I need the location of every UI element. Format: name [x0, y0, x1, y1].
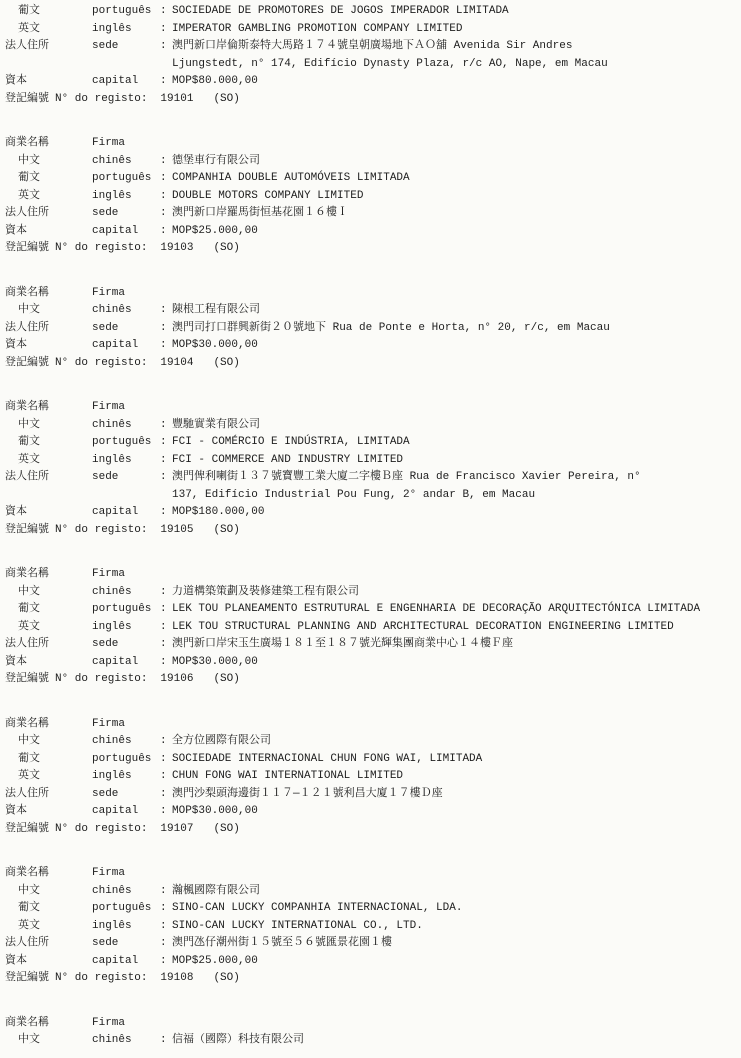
- value-line: :SINO-CAN LUCKY COMPANHIA INTERNACIONAL,…: [160, 900, 737, 918]
- registry-label-zh: 登記編號: [5, 821, 49, 839]
- colon-separator: :: [160, 883, 172, 901]
- field-label-pt: chinês: [92, 302, 160, 320]
- value-text: MOP$25.000,00: [172, 955, 258, 967]
- field-row: 英文inglês:IMPERATOR GAMBLING PROMOTION CO…: [5, 21, 737, 39]
- field-value: :瀚楓國際有限公司: [160, 883, 737, 901]
- registry-number: 19106: [160, 671, 193, 689]
- value-line: :德堡車行有限公司: [160, 153, 737, 171]
- registry-row: 登記編號N° do registo:19101(SO): [5, 91, 737, 109]
- value-text: 德堡車行有限公司: [172, 155, 260, 167]
- field-row: 資本capital:MOP$30.000,00: [5, 654, 737, 672]
- field-label-zh: 中文: [5, 1032, 92, 1050]
- colon-separator: :: [160, 434, 172, 452]
- field-label-pt: Firma: [92, 399, 160, 417]
- field-value: :MOP$180.000,00: [160, 504, 737, 522]
- value-line: :MOP$25.000,00: [160, 953, 737, 971]
- field-value: :MOP$30.000,00: [160, 337, 737, 355]
- colon-separator: :: [160, 733, 172, 751]
- value-line: :LEK TOU STRUCTURAL PLANNING AND ARCHITE…: [160, 619, 737, 637]
- field-value: :SINO-CAN LUCKY INTERNATIONAL CO., LTD.: [160, 918, 737, 936]
- field-label-zh: 英文: [5, 619, 92, 637]
- field-label-zh: 葡文: [5, 751, 92, 769]
- colon-separator: :: [160, 188, 172, 206]
- value-text: IMPERATOR GAMBLING PROMOTION COMPANY LIM…: [172, 23, 462, 35]
- value-line: 137, Edifício Industrial Pou Fung, 2° an…: [160, 487, 737, 505]
- field-label-pt: capital: [92, 803, 160, 821]
- field-value: :全方位國際有限公司: [160, 733, 737, 751]
- colon-separator: :: [160, 918, 172, 936]
- field-value: :DOUBLE MOTORS COMPANY LIMITED: [160, 188, 737, 206]
- field-label-pt: português: [92, 3, 160, 21]
- field-label-pt: português: [92, 434, 160, 452]
- registry-label-pt: N° do registo:: [55, 522, 147, 540]
- value-text: 澳門氹仔潮州街１５號至５６號匯景花園１樓: [172, 937, 392, 949]
- value-text: 陳根工程有限公司: [172, 304, 260, 316]
- field-label-zh: 商業名稱: [5, 1015, 92, 1033]
- value-text: SOCIEDADE INTERNACIONAL CHUN FONG WAI, L…: [172, 753, 482, 765]
- field-row: 葡文português:FCI - COMÉRCIO E INDÚSTRIA, …: [5, 434, 737, 452]
- field-label-zh: 法人住所: [5, 320, 92, 338]
- field-value: :IMPERATOR GAMBLING PROMOTION COMPANY LI…: [160, 21, 737, 39]
- firm-header-row: 商業名稱Firma: [5, 566, 737, 584]
- field-value: :信福（國際）科技有限公司: [160, 1032, 737, 1050]
- value-line: :澳門新口岸宋玉生廣場１８１至１８７號光輝集團商業中心１４樓Ｆ座: [160, 636, 737, 654]
- firm-header-row: 商業名稱Firma: [5, 135, 737, 153]
- field-label-pt: capital: [92, 953, 160, 971]
- field-label-pt: Firma: [92, 285, 160, 303]
- field-label-zh: 葡文: [5, 170, 92, 188]
- field-label-pt: chinês: [92, 1032, 160, 1050]
- value-text: 澳門沙梨頭海邊街１１７—１２１號利昌大廈１７樓Ｄ座: [172, 788, 443, 800]
- value-line: :FCI - COMÉRCIO E INDÚSTRIA, LIMITADA: [160, 434, 737, 452]
- field-row: 葡文português:SOCIEDADE DE PROMOTORES DE J…: [5, 3, 737, 21]
- field-label-zh: 英文: [5, 768, 92, 786]
- value-text: 澳門俾利喇街１３７號寶豐工業大廈二字樓Ｂ座 Rua de Francisco X…: [172, 471, 641, 483]
- field-label-pt: português: [92, 900, 160, 918]
- field-label-zh: 商業名稱: [5, 566, 92, 584]
- registry-suffix: (SO): [213, 91, 239, 109]
- field-row: 資本capital:MOP$30.000,00: [5, 337, 737, 355]
- registry-gazette-page: 葡文português:SOCIEDADE DE PROMOTORES DE J…: [0, 0, 741, 1050]
- field-value: :陳根工程有限公司: [160, 302, 737, 320]
- value-line: :MOP$30.000,00: [160, 337, 737, 355]
- registry-label-zh: 登記編號: [5, 240, 49, 258]
- field-label-pt: inglês: [92, 619, 160, 637]
- registry-label-zh: 登記編號: [5, 91, 49, 109]
- value-line: :CHUN FONG WAI INTERNATIONAL LIMITED: [160, 768, 737, 786]
- field-label-pt: sede: [92, 786, 160, 804]
- field-row: 葡文português:LEK TOU PLANEAMENTO ESTRUTUR…: [5, 601, 737, 619]
- field-label-pt: chinês: [92, 417, 160, 435]
- value-text: MOP$30.000,00: [172, 339, 258, 351]
- field-value: :MOP$80.000,00: [160, 73, 737, 91]
- field-value: :SINO-CAN LUCKY COMPANHIA INTERNACIONAL,…: [160, 900, 737, 918]
- field-label-pt: sede: [92, 636, 160, 654]
- field-label-zh: 資本: [5, 953, 92, 971]
- field-value: :澳門沙梨頭海邊街１１７—１２１號利昌大廈１７樓Ｄ座: [160, 786, 737, 804]
- field-label-pt: português: [92, 751, 160, 769]
- colon-separator: :: [160, 768, 172, 786]
- field-value: :澳門新口岸羅馬街恒基花園１６樓Ｉ: [160, 205, 737, 223]
- colon-separator: :: [160, 935, 172, 953]
- value-line: :SOCIEDADE DE PROMOTORES DE JOGOS IMPERA…: [160, 3, 737, 21]
- registry-suffix: (SO): [213, 970, 239, 988]
- field-value: :LEK TOU STRUCTURAL PLANNING AND ARCHITE…: [160, 619, 737, 637]
- colon-separator: :: [160, 636, 172, 654]
- colon-separator: :: [160, 619, 172, 637]
- colon-separator: :: [160, 223, 172, 241]
- value-text: SINO-CAN LUCKY INTERNATIONAL CO., LTD.: [172, 920, 423, 932]
- field-label-pt: capital: [92, 223, 160, 241]
- colon-separator: :: [160, 21, 172, 39]
- field-value: :澳門新口岸倫斯泰特大馬路１７４號皇朝廣場地下ＡＯ舖 Avenida Sir A…: [160, 38, 737, 73]
- value-line: :MOP$30.000,00: [160, 654, 737, 672]
- field-value: :FCI - COMMERCE AND INDUSTRY LIMITED: [160, 452, 737, 470]
- field-label-zh: 中文: [5, 302, 92, 320]
- colon-separator: :: [160, 469, 172, 487]
- field-label-pt: chinês: [92, 733, 160, 751]
- value-text: MOP$30.000,00: [172, 656, 258, 668]
- value-line: :MOP$180.000,00: [160, 504, 737, 522]
- field-label-pt: português: [92, 601, 160, 619]
- registry-number: 19104: [160, 355, 193, 373]
- field-value: :豐馳實業有限公司: [160, 417, 737, 435]
- colon-separator: :: [160, 417, 172, 435]
- value-line: :澳門沙梨頭海邊街１１７—１２１號利昌大廈１７樓Ｄ座: [160, 786, 737, 804]
- colon-separator: :: [160, 786, 172, 804]
- value-text: 澳門新口岸宋玉生廣場１８１至１８７號光輝集團商業中心１４樓Ｆ座: [172, 638, 513, 650]
- value-line: :DOUBLE MOTORS COMPANY LIMITED: [160, 188, 737, 206]
- registry-label-zh: 登記編號: [5, 355, 49, 373]
- field-row: 中文chinês:力道構築策劃及裝修建築工程有限公司: [5, 584, 737, 602]
- field-label-pt: inglês: [92, 188, 160, 206]
- firm-header-row: 商業名稱Firma: [5, 716, 737, 734]
- field-value: :CHUN FONG WAI INTERNATIONAL LIMITED: [160, 768, 737, 786]
- value-text: 澳門新口岸羅馬街恒基花園１６樓Ｉ: [172, 207, 348, 219]
- firm-header-row: 商業名稱Firma: [5, 399, 737, 417]
- value-line: :全方位國際有限公司: [160, 733, 737, 751]
- registry-number: 19101: [160, 91, 193, 109]
- value-text: MOP$180.000,00: [172, 506, 264, 518]
- field-label-zh: 英文: [5, 918, 92, 936]
- registry-row: 登記編號N° do registo:19108(SO): [5, 970, 737, 988]
- value-text: FCI - COMÉRCIO E INDÚSTRIA, LIMITADA: [172, 436, 410, 448]
- field-label-pt: Firma: [92, 135, 160, 153]
- field-row: 資本capital:MOP$25.000,00: [5, 223, 737, 241]
- firm-header-row: 商業名稱Firma: [5, 1015, 737, 1033]
- registry-row: 登記編號N° do registo:19107(SO): [5, 821, 737, 839]
- registry-row: 登記編號N° do registo:19104(SO): [5, 355, 737, 373]
- field-value: :澳門司打口群興新街２０號地下 Rua de Ponte e Horta, n°…: [160, 320, 737, 338]
- field-label-pt: Firma: [92, 1015, 160, 1033]
- registry-label-zh: 登記編號: [5, 970, 49, 988]
- field-value: :MOP$25.000,00: [160, 223, 737, 241]
- field-label-pt: português: [92, 170, 160, 188]
- field-label-zh: 葡文: [5, 434, 92, 452]
- field-label-pt: Firma: [92, 566, 160, 584]
- field-row: 英文inglês:DOUBLE MOTORS COMPANY LIMITED: [5, 188, 737, 206]
- field-row: 英文inglês:LEK TOU STRUCTURAL PLANNING AND…: [5, 619, 737, 637]
- field-row: 中文chinês:陳根工程有限公司: [5, 302, 737, 320]
- value-text: 137, Edifício Industrial Pou Fung, 2° an…: [172, 489, 535, 501]
- field-row: 法人住所sede:澳門司打口群興新街２０號地下 Rua de Ponte e H…: [5, 320, 737, 338]
- value-text: DOUBLE MOTORS COMPANY LIMITED: [172, 190, 363, 202]
- company-entry: 商業名稱Firma中文chinês:信福（國際）科技有限公司: [5, 1015, 737, 1050]
- value-line: :豐馳實業有限公司: [160, 417, 737, 435]
- value-text: 全方位國際有限公司: [172, 735, 271, 747]
- value-line: :IMPERATOR GAMBLING PROMOTION COMPANY LI…: [160, 21, 737, 39]
- field-value: :FCI - COMÉRCIO E INDÚSTRIA, LIMITADA: [160, 434, 737, 452]
- field-label-pt: sede: [92, 205, 160, 223]
- colon-separator: :: [160, 38, 172, 56]
- value-line: :MOP$30.000,00: [160, 803, 737, 821]
- field-row: 中文chinês:德堡車行有限公司: [5, 153, 737, 171]
- registry-number: 19108: [160, 970, 193, 988]
- field-label-zh: 商業名稱: [5, 285, 92, 303]
- field-label-pt: chinês: [92, 153, 160, 171]
- field-label-pt: sede: [92, 38, 160, 56]
- field-row: 中文chinês:瀚楓國際有限公司: [5, 883, 737, 901]
- value-line: :MOP$80.000,00: [160, 73, 737, 91]
- value-text: Ljungstedt, n° 174, Edifício Dynasty Pla…: [172, 58, 608, 70]
- field-label-pt: chinês: [92, 883, 160, 901]
- field-label-zh: 商業名稱: [5, 865, 92, 883]
- value-text: 澳門新口岸倫斯泰特大馬路１７４號皇朝廣場地下ＡＯ舖 Avenida Sir An…: [172, 40, 572, 52]
- value-text: COMPANHIA DOUBLE AUTOMÓVEIS LIMITADA: [172, 172, 410, 184]
- registry-suffix: (SO): [213, 821, 239, 839]
- field-label-pt: sede: [92, 469, 160, 487]
- field-label-zh: 英文: [5, 452, 92, 470]
- colon-separator: :: [160, 3, 172, 21]
- colon-separator: :: [160, 654, 172, 672]
- field-label-pt: Firma: [92, 865, 160, 883]
- field-row: 法人住所sede:澳門新口岸倫斯泰特大馬路１７４號皇朝廣場地下ＡＯ舖 Aveni…: [5, 38, 737, 73]
- value-text: 瀚楓國際有限公司: [172, 885, 260, 897]
- registry-row: 登記編號N° do registo:19105(SO): [5, 522, 737, 540]
- field-row: 葡文português:COMPANHIA DOUBLE AUTOMÓVEIS …: [5, 170, 737, 188]
- colon-separator: :: [160, 205, 172, 223]
- field-label-zh: 資本: [5, 337, 92, 355]
- company-entries-list: 葡文português:SOCIEDADE DE PROMOTORES DE J…: [5, 3, 737, 1050]
- field-row: 法人住所sede:澳門氹仔潮州街１５號至５６號匯景花園１樓: [5, 935, 737, 953]
- field-label-zh: 英文: [5, 188, 92, 206]
- field-row: 中文chinês:豐馳實業有限公司: [5, 417, 737, 435]
- registry-label-zh: 登記編號: [5, 671, 49, 689]
- value-text: SOCIEDADE DE PROMOTORES DE JOGOS IMPERAD…: [172, 5, 509, 17]
- colon-separator: :: [160, 953, 172, 971]
- field-label-pt: inglês: [92, 452, 160, 470]
- value-line: :COMPANHIA DOUBLE AUTOMÓVEIS LIMITADA: [160, 170, 737, 188]
- registry-label-zh: 登記編號: [5, 522, 49, 540]
- field-label-zh: 中文: [5, 883, 92, 901]
- field-row: 資本capital:MOP$80.000,00: [5, 73, 737, 91]
- value-text: 信福（國際）科技有限公司: [172, 1034, 304, 1046]
- registry-number: 19105: [160, 522, 193, 540]
- field-value: :澳門氹仔潮州街１５號至５６號匯景花園１樓: [160, 935, 737, 953]
- field-row: 葡文português:SOCIEDADE INTERNACIONAL CHUN…: [5, 751, 737, 769]
- colon-separator: :: [160, 504, 172, 522]
- colon-separator: :: [160, 584, 172, 602]
- field-value: :澳門俾利喇街１３７號寶豐工業大廈二字樓Ｂ座 Rua de Francisco …: [160, 469, 737, 504]
- field-label-zh: 資本: [5, 73, 92, 91]
- value-line: Ljungstedt, n° 174, Edifício Dynasty Pla…: [160, 56, 737, 74]
- field-value: :SOCIEDADE DE PROMOTORES DE JOGOS IMPERA…: [160, 3, 737, 21]
- value-text: SINO-CAN LUCKY COMPANHIA INTERNACIONAL, …: [172, 902, 462, 914]
- value-line: :澳門新口岸羅馬街恒基花園１６樓Ｉ: [160, 205, 737, 223]
- value-line: :澳門俾利喇街１３７號寶豐工業大廈二字樓Ｂ座 Rua de Francisco …: [160, 469, 737, 487]
- field-label-zh: 葡文: [5, 900, 92, 918]
- field-row: 葡文português:SINO-CAN LUCKY COMPANHIA INT…: [5, 900, 737, 918]
- registry-suffix: (SO): [213, 240, 239, 258]
- value-text: MOP$25.000,00: [172, 225, 258, 237]
- value-text: FCI - COMMERCE AND INDUSTRY LIMITED: [172, 454, 403, 466]
- field-row: 英文inglês:SINO-CAN LUCKY INTERNATIONAL CO…: [5, 918, 737, 936]
- value-text: LEK TOU PLANEAMENTO ESTRUTURAL E ENGENHA…: [172, 603, 700, 615]
- field-label-zh: 中文: [5, 584, 92, 602]
- field-row: 資本capital:MOP$180.000,00: [5, 504, 737, 522]
- field-row: 法人住所sede:澳門新口岸羅馬街恒基花園１６樓Ｉ: [5, 205, 737, 223]
- field-label-zh: 中文: [5, 153, 92, 171]
- colon-separator: :: [160, 1032, 172, 1050]
- field-label-pt: inglês: [92, 768, 160, 786]
- company-entry: 商業名稱Firma中文chinês:豐馳實業有限公司葡文português:FC…: [5, 399, 737, 539]
- colon-separator: :: [160, 601, 172, 619]
- field-label-zh: 資本: [5, 504, 92, 522]
- field-label-zh: 資本: [5, 654, 92, 672]
- field-row: 法人住所sede:澳門新口岸宋玉生廣場１８１至１８７號光輝集團商業中心１４樓Ｆ座: [5, 636, 737, 654]
- value-line: :MOP$25.000,00: [160, 223, 737, 241]
- registry-number: 19103: [160, 240, 193, 258]
- firm-header-row: 商業名稱Firma: [5, 865, 737, 883]
- field-label-pt: capital: [92, 73, 160, 91]
- value-line: :力道構築策劃及裝修建築工程有限公司: [160, 584, 737, 602]
- field-label-zh: 中文: [5, 733, 92, 751]
- value-line: :澳門新口岸倫斯泰特大馬路１７４號皇朝廣場地下ＡＯ舖 Avenida Sir A…: [160, 38, 737, 56]
- value-text: 力道構築策劃及裝修建築工程有限公司: [172, 586, 359, 598]
- value-line: :LEK TOU PLANEAMENTO ESTRUTURAL E ENGENH…: [160, 601, 737, 619]
- colon-separator: :: [160, 900, 172, 918]
- value-line: :SINO-CAN LUCKY INTERNATIONAL CO., LTD.: [160, 918, 737, 936]
- registry-label-pt: N° do registo:: [55, 355, 147, 373]
- value-line: :瀚楓國際有限公司: [160, 883, 737, 901]
- value-line: :澳門司打口群興新街２０號地下 Rua de Ponte e Horta, n°…: [160, 320, 737, 338]
- registry-label-pt: N° do registo:: [55, 671, 147, 689]
- field-label-zh: 葡文: [5, 601, 92, 619]
- field-label-pt: sede: [92, 320, 160, 338]
- field-value: :力道構築策劃及裝修建築工程有限公司: [160, 584, 737, 602]
- field-row: 中文chinês:全方位國際有限公司: [5, 733, 737, 751]
- field-label-zh: 法人住所: [5, 469, 92, 487]
- company-entry: 商業名稱Firma中文chinês:德堡車行有限公司葡文português:CO…: [5, 135, 737, 258]
- company-entry: 商業名稱Firma中文chinês:瀚楓國際有限公司葡文português:SI…: [5, 865, 737, 988]
- field-row: 資本capital:MOP$25.000,00: [5, 953, 737, 971]
- registry-label-pt: N° do registo:: [55, 240, 147, 258]
- field-row: 法人住所sede:澳門俾利喇街１３７號寶豐工業大廈二字樓Ｂ座 Rua de Fr…: [5, 469, 737, 504]
- field-value: :MOP$30.000,00: [160, 803, 737, 821]
- field-value: :LEK TOU PLANEAMENTO ESTRUTURAL E ENGENH…: [160, 601, 737, 619]
- company-entry: 商業名稱Firma中文chinês:全方位國際有限公司葡文português:S…: [5, 716, 737, 839]
- company-entry: 商業名稱Firma中文chinês:力道構築策劃及裝修建築工程有限公司葡文por…: [5, 566, 737, 689]
- value-line: :澳門氹仔潮州街１５號至５６號匯景花園１樓: [160, 935, 737, 953]
- colon-separator: :: [160, 170, 172, 188]
- field-label-zh: 法人住所: [5, 935, 92, 953]
- field-label-pt: capital: [92, 337, 160, 355]
- field-label-zh: 法人住所: [5, 636, 92, 654]
- value-text: MOP$80.000,00: [172, 75, 258, 87]
- field-label-zh: 英文: [5, 21, 92, 39]
- colon-separator: :: [160, 153, 172, 171]
- field-label-zh: 商業名稱: [5, 399, 92, 417]
- colon-separator: :: [160, 803, 172, 821]
- value-line: :陳根工程有限公司: [160, 302, 737, 320]
- registry-suffix: (SO): [213, 671, 239, 689]
- registry-number: 19107: [160, 821, 193, 839]
- field-label-pt: capital: [92, 654, 160, 672]
- field-value: :COMPANHIA DOUBLE AUTOMÓVEIS LIMITADA: [160, 170, 737, 188]
- field-value: :MOP$30.000,00: [160, 654, 737, 672]
- value-text: CHUN FONG WAI INTERNATIONAL LIMITED: [172, 770, 403, 782]
- value-text: MOP$30.000,00: [172, 805, 258, 817]
- field-label-pt: inglês: [92, 21, 160, 39]
- field-label-pt: inglês: [92, 918, 160, 936]
- colon-separator: :: [160, 337, 172, 355]
- field-label-zh: 法人住所: [5, 205, 92, 223]
- colon-separator: :: [160, 320, 172, 338]
- value-text: LEK TOU STRUCTURAL PLANNING AND ARCHITEC…: [172, 621, 674, 633]
- field-label-zh: 商業名稱: [5, 135, 92, 153]
- colon-separator: :: [160, 751, 172, 769]
- registry-label-pt: N° do registo:: [55, 970, 147, 988]
- value-line: :FCI - COMMERCE AND INDUSTRY LIMITED: [160, 452, 737, 470]
- registry-label-pt: N° do registo:: [55, 91, 147, 109]
- colon-separator: :: [160, 452, 172, 470]
- field-label-zh: 法人住所: [5, 38, 92, 56]
- field-value: :澳門新口岸宋玉生廣場１８１至１８７號光輝集團商業中心１４樓Ｆ座: [160, 636, 737, 654]
- field-label-zh: 法人住所: [5, 786, 92, 804]
- registry-row: 登記編號N° do registo:19106(SO): [5, 671, 737, 689]
- registry-suffix: (SO): [213, 355, 239, 373]
- value-text: 豐馳實業有限公司: [172, 419, 260, 431]
- field-value: :MOP$25.000,00: [160, 953, 737, 971]
- registry-suffix: (SO): [213, 522, 239, 540]
- colon-separator: :: [160, 73, 172, 91]
- field-label-zh: 資本: [5, 223, 92, 241]
- company-entry: 商業名稱Firma中文chinês:陳根工程有限公司法人住所sede:澳門司打口…: [5, 285, 737, 373]
- value-line: :信福（國際）科技有限公司: [160, 1032, 737, 1050]
- registry-row: 登記編號N° do registo:19103(SO): [5, 240, 737, 258]
- field-row: 英文inglês:CHUN FONG WAI INTERNATIONAL LIM…: [5, 768, 737, 786]
- company-entry: 葡文português:SOCIEDADE DE PROMOTORES DE J…: [5, 3, 737, 108]
- field-row: 資本capital:MOP$30.000,00: [5, 803, 737, 821]
- field-value: :德堡車行有限公司: [160, 153, 737, 171]
- field-value: :SOCIEDADE INTERNACIONAL CHUN FONG WAI, …: [160, 751, 737, 769]
- field-label-zh: 中文: [5, 417, 92, 435]
- field-row: 法人住所sede:澳門沙梨頭海邊街１１７—１２１號利昌大廈１７樓Ｄ座: [5, 786, 737, 804]
- field-label-zh: 商業名稱: [5, 716, 92, 734]
- field-row: 英文inglês:FCI - COMMERCE AND INDUSTRY LIM…: [5, 452, 737, 470]
- value-line: :SOCIEDADE INTERNACIONAL CHUN FONG WAI, …: [160, 751, 737, 769]
- field-label-zh: 資本: [5, 803, 92, 821]
- registry-label-pt: N° do registo:: [55, 821, 147, 839]
- field-row: 中文chinês:信福（國際）科技有限公司: [5, 1032, 737, 1050]
- field-label-pt: Firma: [92, 716, 160, 734]
- firm-header-row: 商業名稱Firma: [5, 285, 737, 303]
- value-text: 澳門司打口群興新街２０號地下 Rua de Ponte e Horta, n° …: [172, 322, 610, 334]
- field-label-pt: capital: [92, 504, 160, 522]
- field-label-pt: sede: [92, 935, 160, 953]
- field-label-zh: 葡文: [5, 3, 92, 21]
- field-label-pt: chinês: [92, 584, 160, 602]
